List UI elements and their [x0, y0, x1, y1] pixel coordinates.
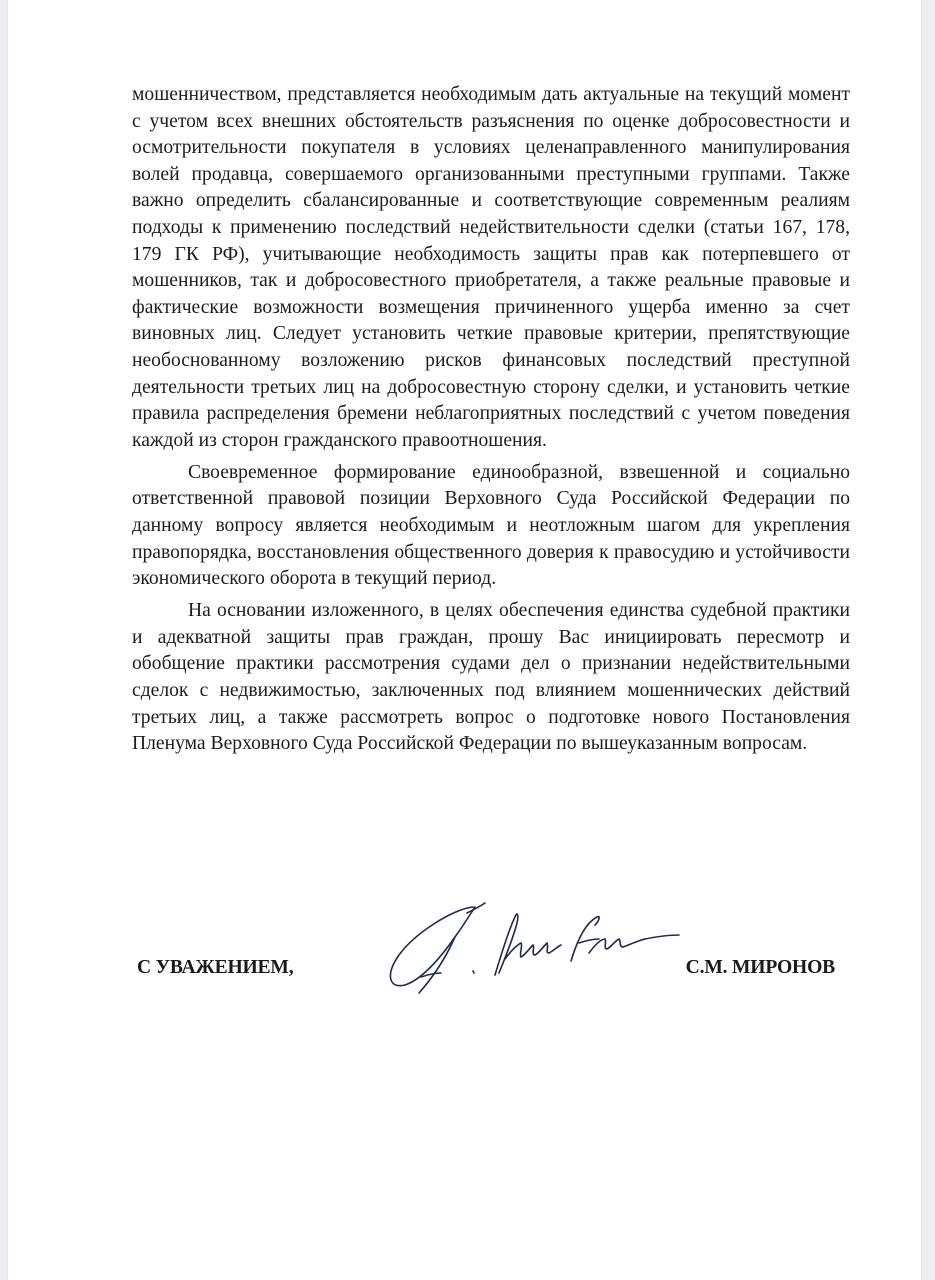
paragraph-1: мошенничеством, представляется необходим… [132, 82, 850, 454]
letter-body: мошенничеством, представляется необходим… [132, 82, 850, 763]
signer-name: С.М. МИРОНОВ [686, 957, 835, 979]
paragraph-3: На основании изложенного, в целях обеспе… [132, 598, 850, 758]
signature-icon [375, 893, 695, 1003]
document-page: мошенничеством, представляется необходим… [8, 0, 921, 1280]
closing-salutation: С УВАЖЕНИЕМ, [137, 957, 293, 979]
paragraph-2: Своевременное формирование единообразной… [132, 460, 850, 593]
